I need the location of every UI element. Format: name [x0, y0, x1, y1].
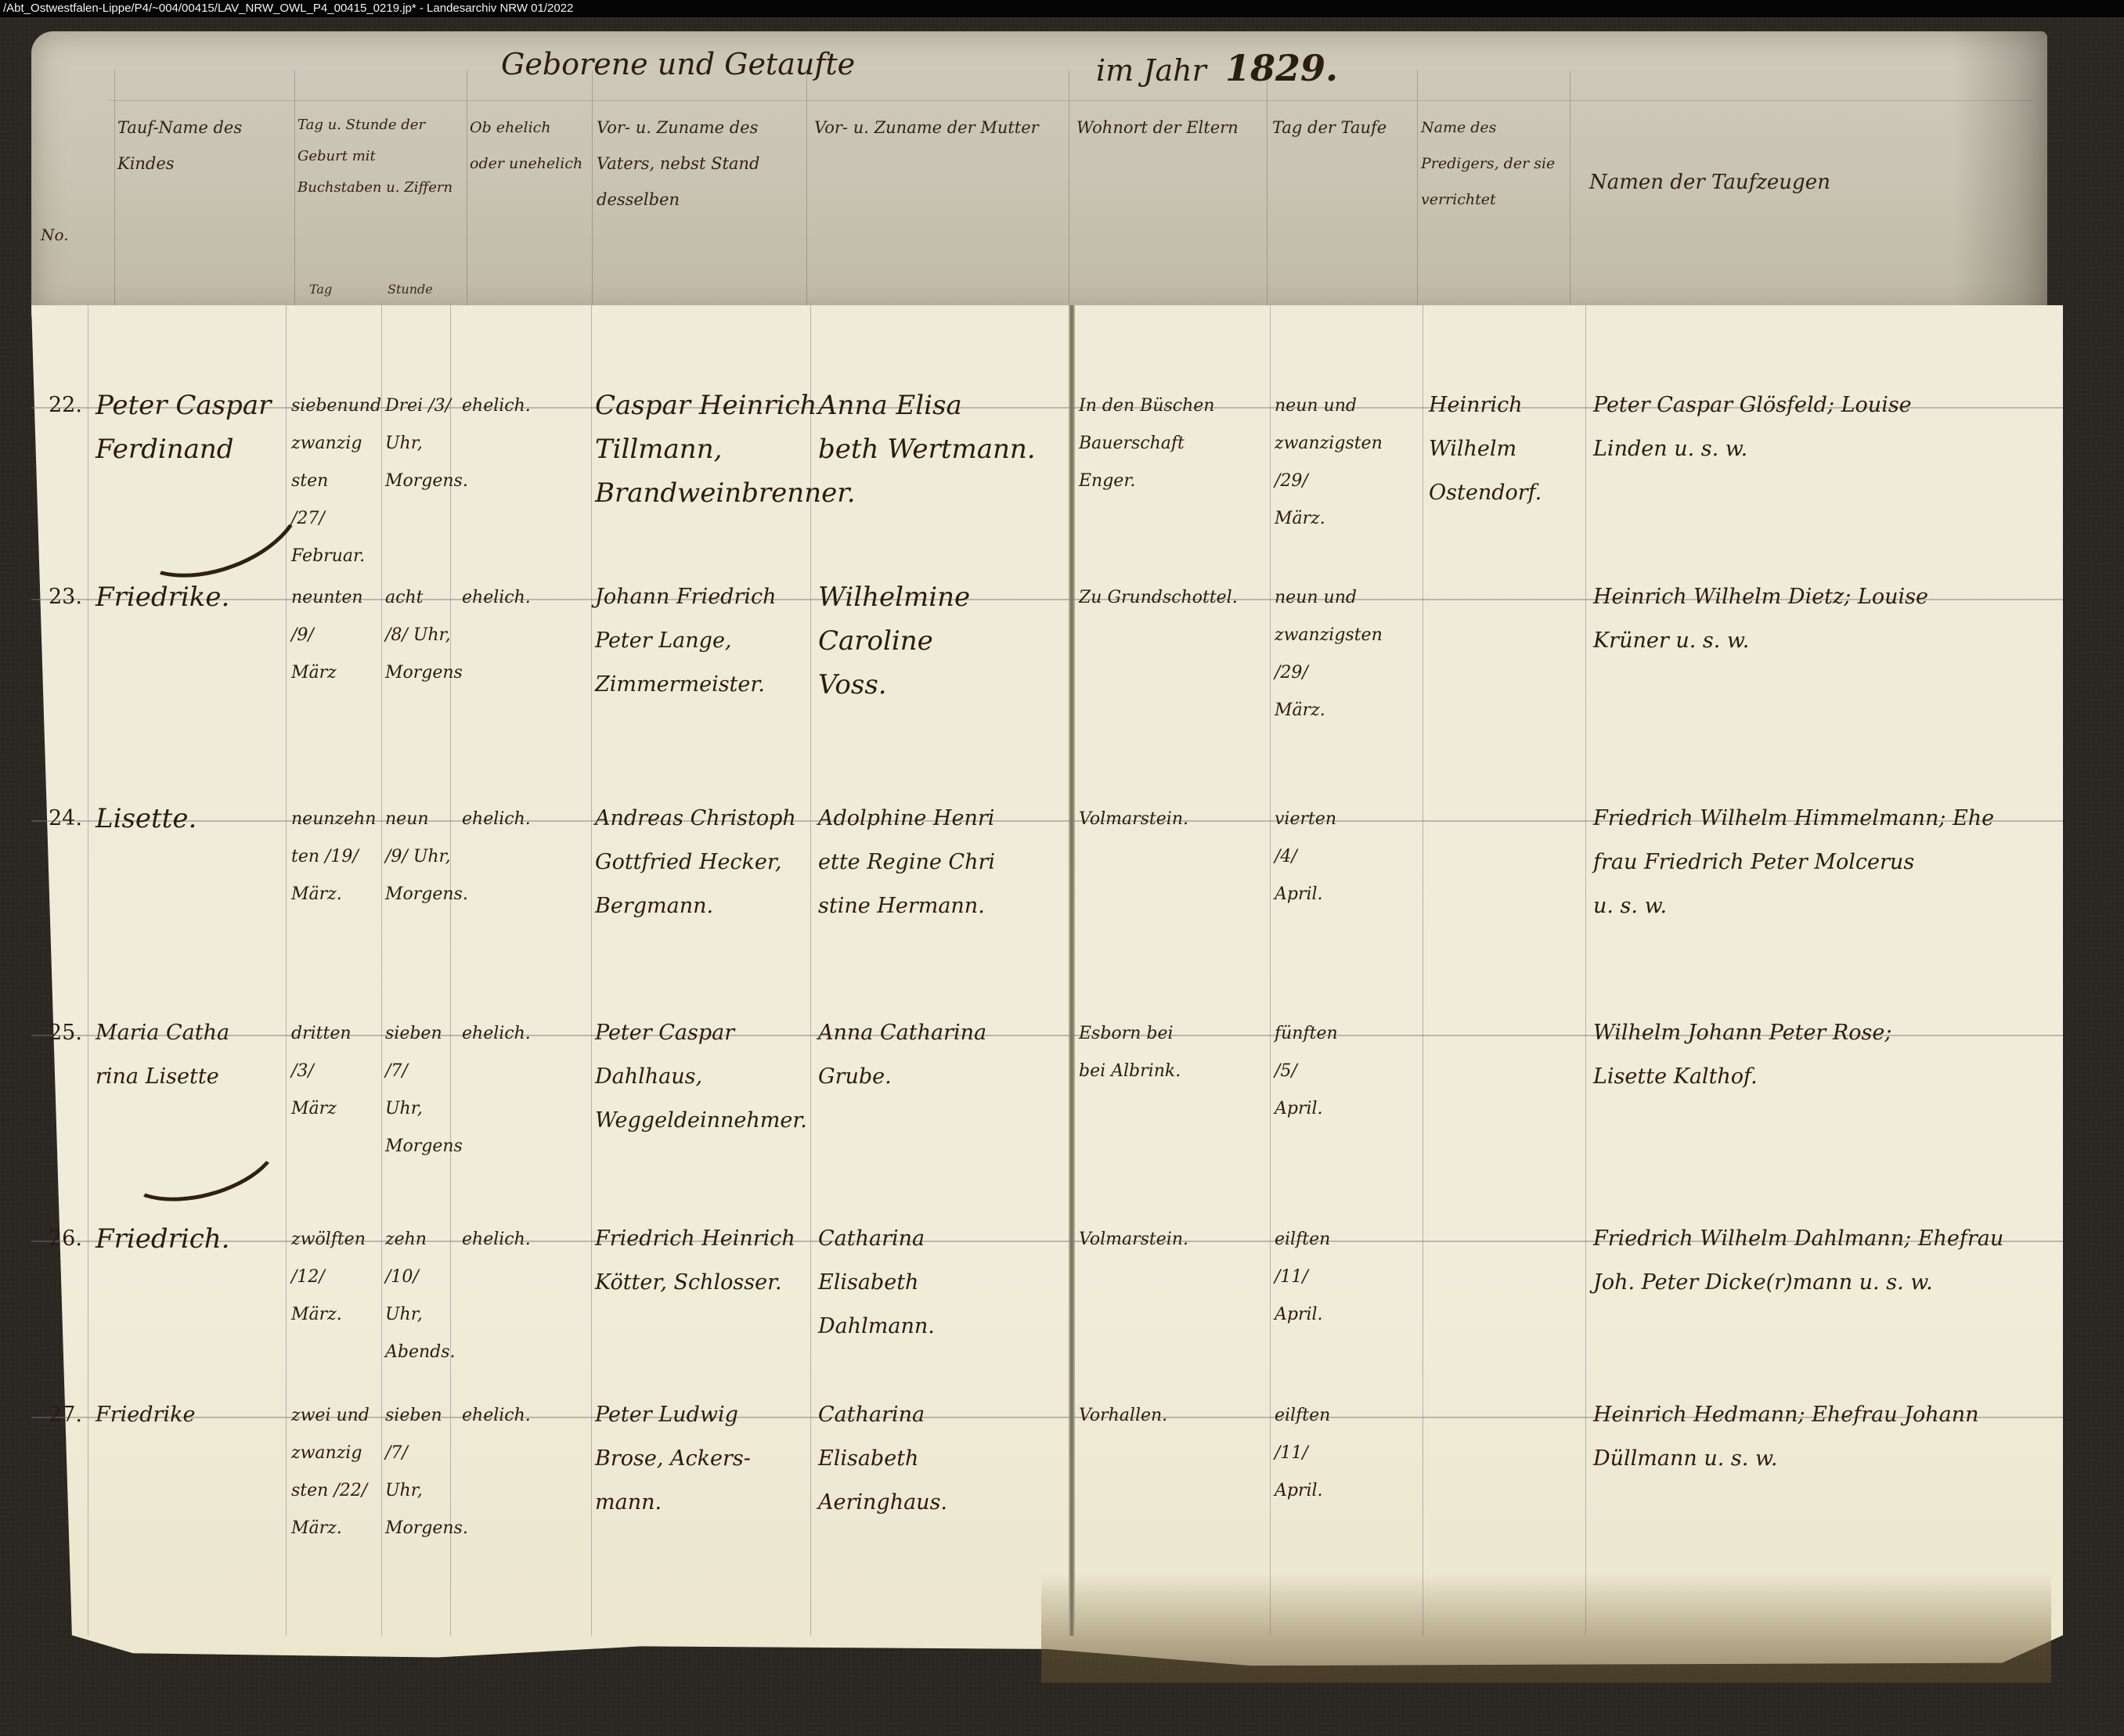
mother: Catharina Elisabeth Aeringhaus. — [818, 1393, 947, 1525]
legitimacy: ehelich. — [462, 1397, 531, 1435]
residence: Esborn bei bei Albrink. — [1079, 1015, 1181, 1090]
year-value: 1829. — [1225, 47, 1338, 89]
legitimacy: ehelich. — [462, 387, 531, 425]
residence: Zu Grundschottel. — [1079, 579, 1238, 617]
birth-day: dritten /3/ März — [291, 1015, 352, 1128]
birth-day: siebenund zwanzig sten /27/ Februar. — [291, 387, 381, 575]
column-subheader-hour: Stunde — [388, 282, 433, 297]
birth-day: zwei und zwanzig sten /22/ März. — [291, 1397, 370, 1547]
baptism-date: neun und zwanzigsten /29/ März. — [1275, 387, 1383, 538]
column-header-baptism-date: Tag der Taufe — [1272, 110, 1413, 146]
mother: Adolphine Henri ette Regine Chri stine H… — [818, 797, 995, 928]
entry-number: 24. — [49, 797, 82, 841]
entry-number: 26. — [49, 1217, 82, 1261]
father: Peter Ludwig Brose, Ackers- mann. — [595, 1393, 751, 1525]
column-header-pastor: Name des Predigers, der sie verrichtet — [1421, 110, 1570, 218]
legitimacy: ehelich. — [462, 1015, 531, 1053]
baptism-date: eilften /11/ April. — [1275, 1397, 1330, 1510]
godparents: Peter Caspar Glösfeld; Louise Linden u. … — [1593, 384, 1912, 471]
column-header-birth: Tag u. Stunde der Geburt mit Buchstaben … — [298, 110, 462, 203]
father: Friedrich Heinrich Kötter, Schlosser. — [595, 1217, 795, 1305]
column-header-mother: Vor- u. Zuname der Mutter — [814, 110, 1049, 146]
birth-hour: neun /9/ Uhr, Morgens. — [385, 801, 468, 913]
column-header-no: No. — [41, 225, 69, 244]
child-name: Friedrich. — [96, 1217, 229, 1261]
entry-number: 22. — [49, 384, 82, 427]
birth-hour: sieben /7/ Uhr, Morgens — [385, 1015, 463, 1165]
godparents: Friedrich Wilhelm Himmelmann; Ehe frau F… — [1593, 797, 1994, 928]
father: Johann Friedrich Peter Lange, Zimmermeis… — [595, 575, 777, 707]
register-year: im Jahr 1829. — [1096, 47, 1338, 89]
column-header-legitimacy: Ob ehelich oder unehelich — [470, 110, 587, 182]
godparents: Wilhelm Johann Peter Rose; Lisette Kalth… — [1593, 1011, 1891, 1099]
child-name: Friedrike. — [96, 575, 229, 619]
father: Peter Caspar Dahlhaus, Weggeldeinnehmer. — [595, 1011, 807, 1143]
godparents: Friedrich Wilhelm Dahlmann; Ehefrau Joh.… — [1593, 1217, 2003, 1305]
column-header-father: Vor- u. Zuname des Vaters, nebst Stand d… — [597, 110, 808, 218]
birth-day: neunzehn ten /19/ März. — [291, 801, 376, 913]
father: Caspar Heinrich Tillmann, Brandweinbrenn… — [595, 384, 856, 515]
entry-number: 23. — [49, 575, 82, 619]
entry-number: 27. — [49, 1393, 82, 1437]
pastor: Heinrich Wilhelm Ostendorf. — [1429, 384, 1542, 515]
birth-day: neunten /9/ März — [291, 579, 363, 692]
residence: In den Büschen Bauerschaft Enger. — [1079, 387, 1214, 500]
child-name: Lisette. — [96, 797, 197, 841]
birth-hour: acht /8/ Uhr, Morgens — [385, 579, 463, 692]
birth-hour: sieben /7/ Uhr, Morgens. — [385, 1397, 468, 1547]
residence: Volmarstein. — [1079, 801, 1188, 838]
baptism-date: eilften /11/ April. — [1275, 1221, 1330, 1334]
register-title: Geborene und Getaufte — [501, 47, 855, 81]
father: Andreas Christoph Gottfried Hecker, Berg… — [595, 797, 796, 928]
mother: Wilhelmine Caroline Voss. — [818, 575, 970, 707]
baptism-date: fünften /5/ April. — [1275, 1015, 1338, 1128]
child-name: Friedrike — [96, 1393, 195, 1437]
mother: Anna Elisa beth Wertmann. — [818, 384, 1036, 471]
residence: Volmarstein. — [1079, 1221, 1188, 1259]
legitimacy: ehelich. — [462, 801, 531, 838]
entry-number: 25. — [49, 1011, 82, 1055]
godparents: Heinrich Hedmann; Ehefrau Johann Düllman… — [1593, 1393, 1979, 1481]
residence: Vorhallen. — [1079, 1397, 1167, 1435]
child-name: Maria Catha rina Lisette — [96, 1011, 229, 1099]
legitimacy: ehelich. — [462, 579, 531, 617]
legitimacy: ehelich. — [462, 1221, 531, 1259]
baptism-date: neun und zwanzigsten /29/ März. — [1275, 579, 1383, 729]
book-gutter — [1069, 305, 1075, 1636]
window-title: /Abt_Ostwestfalen-Lippe/P4/~004/00415/LA… — [0, 0, 2124, 17]
birth-hour: zehn /10/ Uhr, Abends. — [385, 1221, 456, 1371]
mother: Catharina Elisabeth Dahlmann. — [818, 1217, 935, 1349]
column-header-godparents: Namen der Taufzeugen — [1589, 164, 2028, 200]
mother: Anna Catharina Grube. — [818, 1011, 986, 1099]
baptism-date: vierten /4/ April. — [1275, 801, 1336, 913]
child-name: Peter Caspar Ferdinand — [96, 384, 271, 471]
column-subheader-day: Tag — [309, 282, 332, 297]
column-header-name: Tauf-Name des Kindes — [117, 110, 290, 182]
column-header-residence: Wohnort der Eltern — [1076, 110, 1249, 146]
birth-hour: Drei /3/ Uhr, Morgens. — [385, 387, 468, 500]
water-stain — [1041, 1573, 2051, 1683]
birth-day: zwölften /12/ März. — [291, 1221, 366, 1334]
godparents: Heinrich Wilhelm Dietz; Louise Krüner u.… — [1593, 575, 1928, 663]
